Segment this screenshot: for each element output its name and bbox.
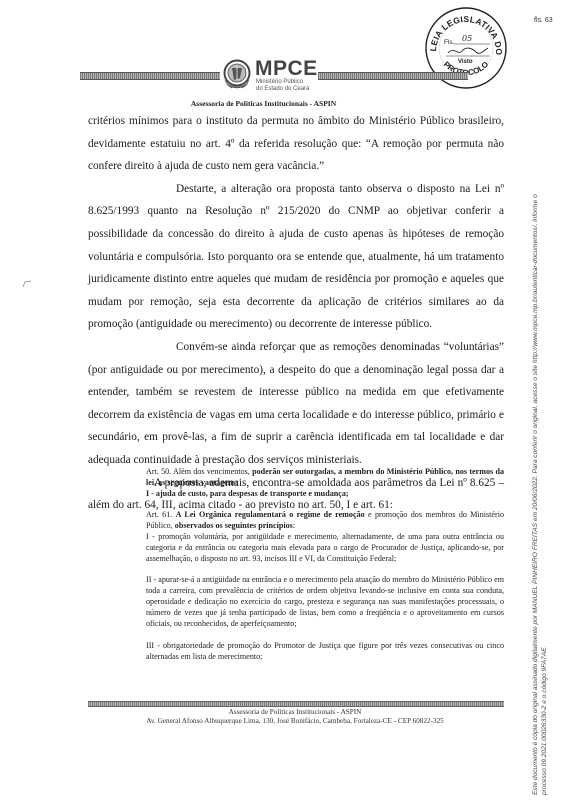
svg-text:ASSEMBLEIA LEGISLATIVA DO CEAR: ASSEMBLEIA LEGISLATIVA DO CEARÁ [424, 6, 504, 55]
art-50-intro: Art. 50. Além dos vencimentos, [146, 467, 252, 476]
art-61-item-3: III - obrigatoriedade de promoção do Pro… [146, 641, 504, 663]
art-61-intro: Art. 61. [146, 510, 176, 519]
art-61-item-1: I - promoção voluntária, por antigüidade… [146, 532, 504, 565]
art-61-bold-1: A Lei Orgânica regulamentará o regime de… [176, 510, 365, 519]
svg-text:05: 05 [462, 34, 472, 43]
footer-department: Assessoria de Políticas Institucionais -… [60, 708, 530, 717]
art-61-bold-2: observados os seguintes princípios [175, 521, 293, 530]
header-divider-right [318, 72, 468, 80]
mpce-emblem-icon [222, 58, 252, 92]
svg-text:Fls.: Fls. [444, 39, 455, 46]
document-body: critérios mínimos para o instituto da pe… [88, 110, 504, 517]
logo-subtitle-1: Ministério Público [256, 79, 303, 86]
paragraph-1: critérios mínimos para o instituto da pe… [88, 110, 504, 178]
quote-art-50: Art. 50. Além dos vencimentos, poderão s… [146, 467, 504, 500]
svg-text:Visto: Visto [458, 59, 473, 65]
logo-title: MPCE [255, 58, 318, 80]
mpce-logo: MPCE Ministério Público do Estado do Cea… [222, 58, 318, 94]
art-50-item-1: I - ajuda de custo, para despesas de tra… [146, 489, 504, 500]
margin-mark-icon [22, 280, 32, 288]
page-number: fls. 63 [534, 17, 553, 24]
art-50-text: Art. 50. Além dos vencimentos, poderão s… [146, 467, 504, 489]
header-divider-left [80, 72, 220, 80]
authentication-note-line-1: Este documento é cópia do original assin… [532, 194, 540, 795]
department-header: Assessoria de Políticas Institucionais -… [0, 99, 567, 108]
quote-art-61: Art. 61. A Lei Orgânica regulamentará o … [146, 510, 504, 663]
art-61-item-2: II - apurar-se-á a antigüidade na entrân… [146, 575, 504, 630]
footer-divider [88, 701, 504, 707]
logo-subtitle-2: do Estado do Ceará [256, 86, 309, 93]
footer-address: Av. General Afonso Albuquerque Lima, 130… [60, 717, 530, 726]
art-61-text: Art. 61. A Lei Orgânica regulamentará o … [146, 510, 504, 532]
authentication-note-line-2: processo 09.2021.00026330-2 e o código 9… [541, 646, 549, 795]
paragraph-2: Destarte, a alteração ora proposta tanto… [88, 178, 504, 336]
art-61-end: : [293, 521, 295, 530]
paragraph-3: Convém-se ainda reforçar que as remoções… [88, 336, 504, 472]
department-name: Assessoria de Políticas Institucionais -… [191, 99, 336, 108]
